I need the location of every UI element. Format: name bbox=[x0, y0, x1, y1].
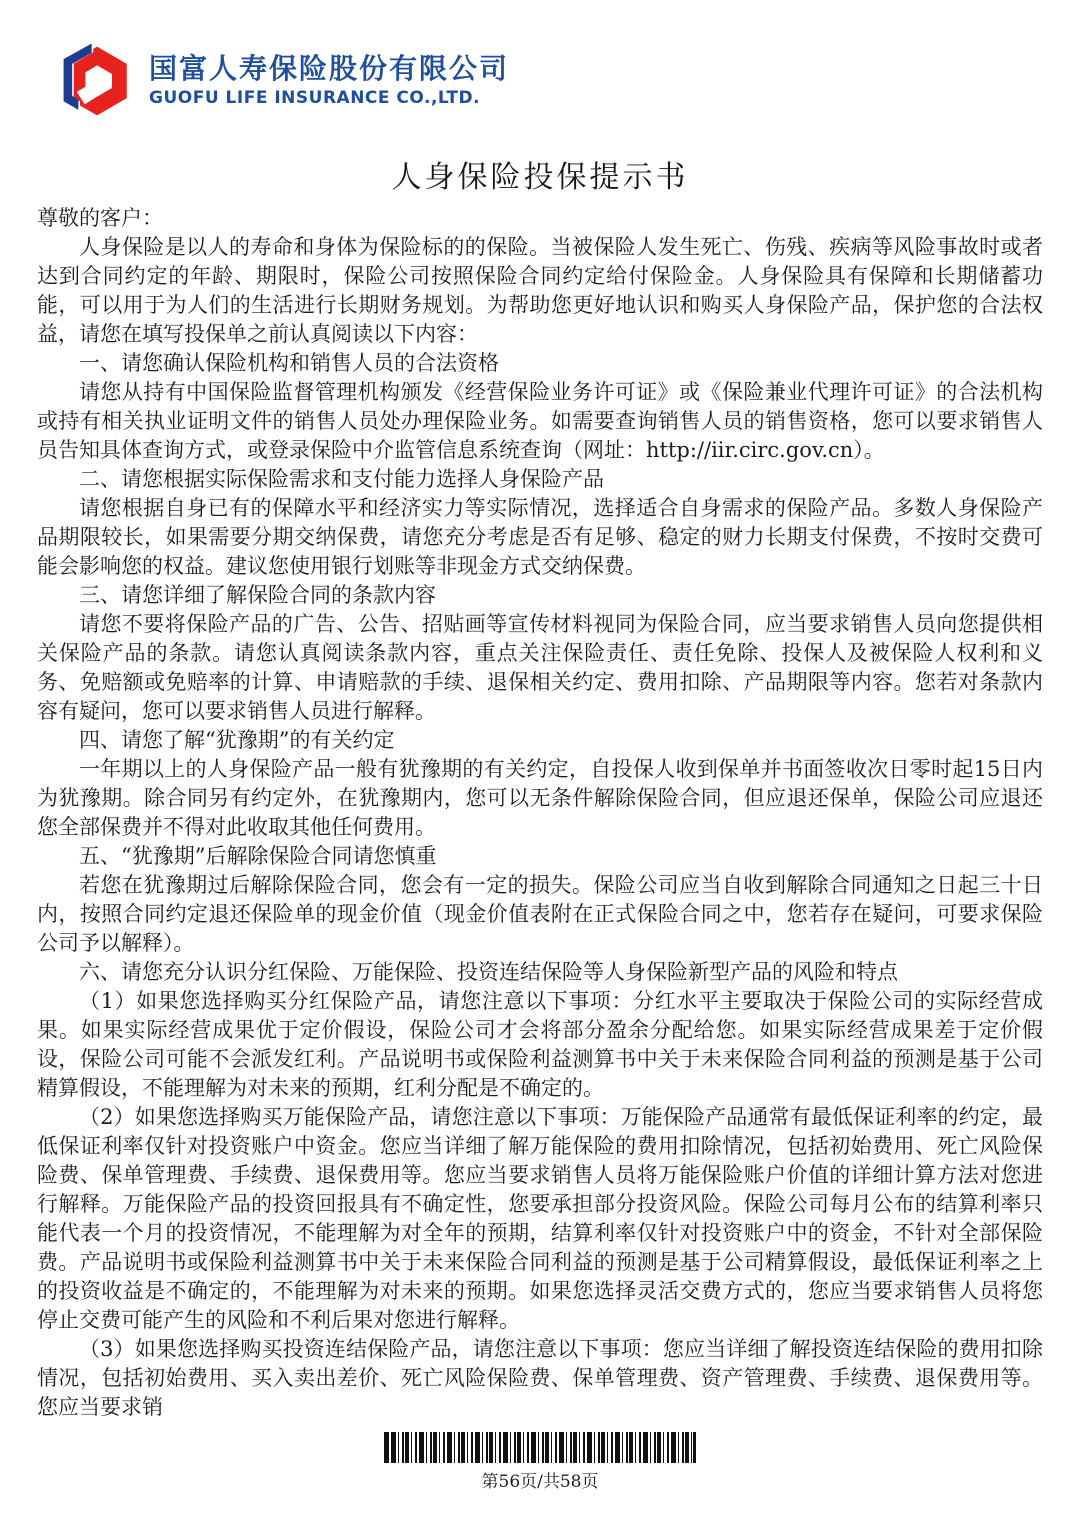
company-name-cn: 国富人寿保险股份有限公司 bbox=[149, 53, 509, 85]
section-3-paragraph: 请您不要将保险产品的广告、公告、招贴画等宣传材料视同为保险合同，应当要求销售人员… bbox=[37, 610, 1043, 726]
barcode bbox=[384, 1432, 696, 1463]
page-number: 第56页/共58页 bbox=[0, 1471, 1080, 1493]
company-name-en: GUOFU LIFE INSURANCE CO.,LTD. bbox=[149, 87, 509, 109]
section-5-heading: 五、“犹豫期”后解除保险合同请您慎重 bbox=[37, 842, 1043, 871]
section-1-heading: 一、请您确认保险机构和销售人员的合法资格 bbox=[37, 349, 1043, 378]
document-page: 国富人寿保险股份有限公司 GUOFU LIFE INSURANCE CO.,LT… bbox=[0, 0, 1080, 1528]
section-6-heading: 六、请您充分认识分红保险、万能保险、投资连结保险等人身保险新型产品的风险和特点 bbox=[37, 958, 1043, 987]
section-1-paragraph: 请您从持有中国保险监督管理机构颁发《经营保险业务许可证》或《保险兼业代理许可证》… bbox=[37, 378, 1043, 465]
section-5-paragraph: 若您在犹豫期过后解除保险合同，您会有一定的损失。保险公司应当自收到解除合同通知之… bbox=[37, 871, 1043, 958]
company-header: 国富人寿保险股份有限公司 GUOFU LIFE INSURANCE CO.,LT… bbox=[55, 40, 509, 122]
section-4-paragraph: 一年期以上的人身保险产品一般有犹豫期的有关约定，自投保人收到保单并书面签收次日零… bbox=[37, 755, 1043, 842]
document-body: 尊敬的客户： 人身保险是以人的寿命和身体为保险标的的保险。当被保险人发生死亡、伤… bbox=[37, 204, 1043, 1422]
section-4-heading: 四、请您了解“犹豫期”的有关约定 bbox=[37, 726, 1043, 755]
section-6-item-2: （2）如果您选择购买万能保险产品，请您注意以下事项：万能保险产品通常有最低保证利… bbox=[37, 1103, 1043, 1335]
company-name-block: 国富人寿保险股份有限公司 GUOFU LIFE INSURANCE CO.,LT… bbox=[149, 53, 509, 109]
salutation: 尊敬的客户： bbox=[37, 204, 1043, 233]
section-2-heading: 二、请您根据实际保险需求和支付能力选择人身保险产品 bbox=[37, 465, 1043, 494]
page-footer: 第56页/共58页 bbox=[0, 1432, 1080, 1493]
page-title: 人身保险投保提示书 bbox=[0, 156, 1080, 200]
intro-paragraph: 人身保险是以人的寿命和身体为保险标的的保险。当被保险人发生死亡、伤残、疾病等风险… bbox=[37, 233, 1043, 349]
section-6-item-1: （1）如果您选择购买分红保险产品，请您注意以下事项：分红水平主要取决于保险公司的… bbox=[37, 987, 1043, 1103]
section-3-heading: 三、请您详细了解保险合同的条款内容 bbox=[37, 581, 1043, 610]
section-2-paragraph: 请您根据自身已有的保障水平和经济实力等实际情况，选择适合自身需求的保险产品。多数… bbox=[37, 494, 1043, 581]
section-6-item-3: （3）如果您选择购买投资连结保险产品，请您注意以下事项：您应当详细了解投资连结保… bbox=[37, 1335, 1043, 1422]
company-logo-icon bbox=[55, 40, 133, 122]
